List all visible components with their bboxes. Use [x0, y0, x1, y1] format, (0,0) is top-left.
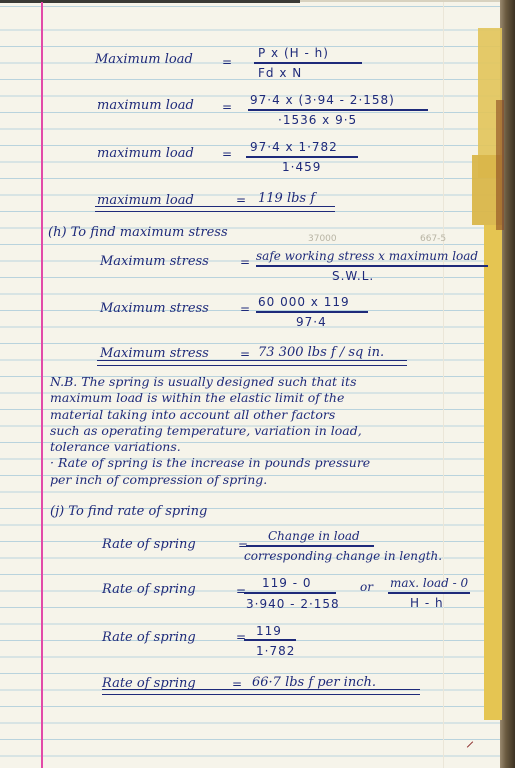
result-value: 73 300 lbs f / sq in. [258, 345, 384, 360]
note-line: · Rate of spring is the increase in poun… [50, 455, 495, 471]
fraction-line [246, 545, 374, 547]
pencil-note: 667-5 [420, 234, 446, 244]
eq-numerator: P x (H - h) [258, 46, 329, 60]
eq-denominator: 1·782 [256, 644, 295, 658]
eq-denominator: 1·459 [282, 160, 321, 174]
fraction-line [256, 311, 368, 313]
equals-sign: = [222, 147, 233, 161]
note-line: maximum load is within the elastic limit… [50, 390, 495, 406]
result-underline [97, 360, 407, 366]
pencil-note: 37000 [308, 234, 337, 244]
equals-sign: = [236, 193, 247, 207]
eq-numerator: Change in load [268, 529, 360, 543]
note-paragraph: N.B. The spring is usually designed such… [50, 374, 495, 488]
note-line: such as operating temperature, variation… [50, 423, 495, 439]
alt-denominator: H - h [410, 596, 444, 610]
eq-numerator: 119 [256, 624, 282, 638]
note-line: tolerance variations. [50, 439, 495, 455]
eq-numerator: 60 000 x 119 [258, 295, 350, 309]
alt-numerator: max. load - 0 [390, 576, 468, 590]
margin-line [41, 2, 43, 768]
equals-sign: = [240, 255, 251, 269]
equals-sign: = [240, 347, 251, 361]
eq-denominator: 3·940 - 2·158 [246, 597, 340, 611]
equals-sign: = [236, 630, 247, 644]
result-value: 119 lbs f [258, 191, 315, 206]
result-lhs: Maximum stress [100, 346, 209, 361]
note-line: material taking into account all other f… [50, 407, 495, 423]
equals-sign: = [222, 55, 233, 69]
eq-lhs: Maximum stress [100, 254, 209, 269]
section-heading: (h) To find maximum stress [48, 225, 228, 240]
eq-denominator: Fd x N [258, 66, 302, 80]
fraction-line [244, 639, 296, 641]
eq-denominator: ·1536 x 9·5 [278, 113, 357, 127]
note-line: N.B. The spring is usually designed such… [50, 374, 495, 390]
equals-sign: = [240, 302, 251, 316]
or-connector: or [360, 580, 373, 594]
eq-denominator: S.W.L. [332, 269, 374, 283]
page-top-edge [0, 0, 300, 3]
fraction-line [244, 592, 336, 594]
eq-numerator: 97·4 x (3·94 - 2·158) [250, 93, 395, 107]
eq-numerator: safe working stress x maximum load [256, 249, 478, 263]
fraction-line [388, 592, 470, 594]
tape-stain [496, 100, 504, 230]
eq-lhs: Rate of spring [102, 537, 196, 552]
equals-sign: = [236, 584, 247, 598]
eq-lhs: Rate of spring [102, 582, 196, 597]
eq-denominator: 97·4 [296, 315, 327, 329]
result-value: 66·7 lbs f per inch. [252, 675, 376, 690]
eq-numerator: 97·4 x 1·782 [250, 140, 338, 154]
eq-lhs: Rate of spring [102, 630, 196, 645]
equals-sign: = [222, 100, 233, 114]
fraction-line [256, 265, 488, 267]
eq-lhs: Maximum load [95, 52, 193, 67]
fraction-line [248, 109, 428, 111]
fraction-line [254, 62, 362, 64]
eq-lhs: maximum load [97, 146, 194, 161]
fraction-line [246, 156, 358, 158]
eq-denominator: corresponding change in length. [244, 549, 442, 563]
result-underline [102, 689, 420, 695]
eq-lhs: Maximum stress [100, 301, 209, 316]
note-line: per inch of compression of spring. [50, 472, 495, 488]
result-underline [95, 206, 335, 212]
eq-lhs: maximum load [97, 98, 194, 113]
eq-numerator: 119 - 0 [262, 576, 312, 590]
section-heading: (j) To find rate of spring [50, 504, 207, 519]
